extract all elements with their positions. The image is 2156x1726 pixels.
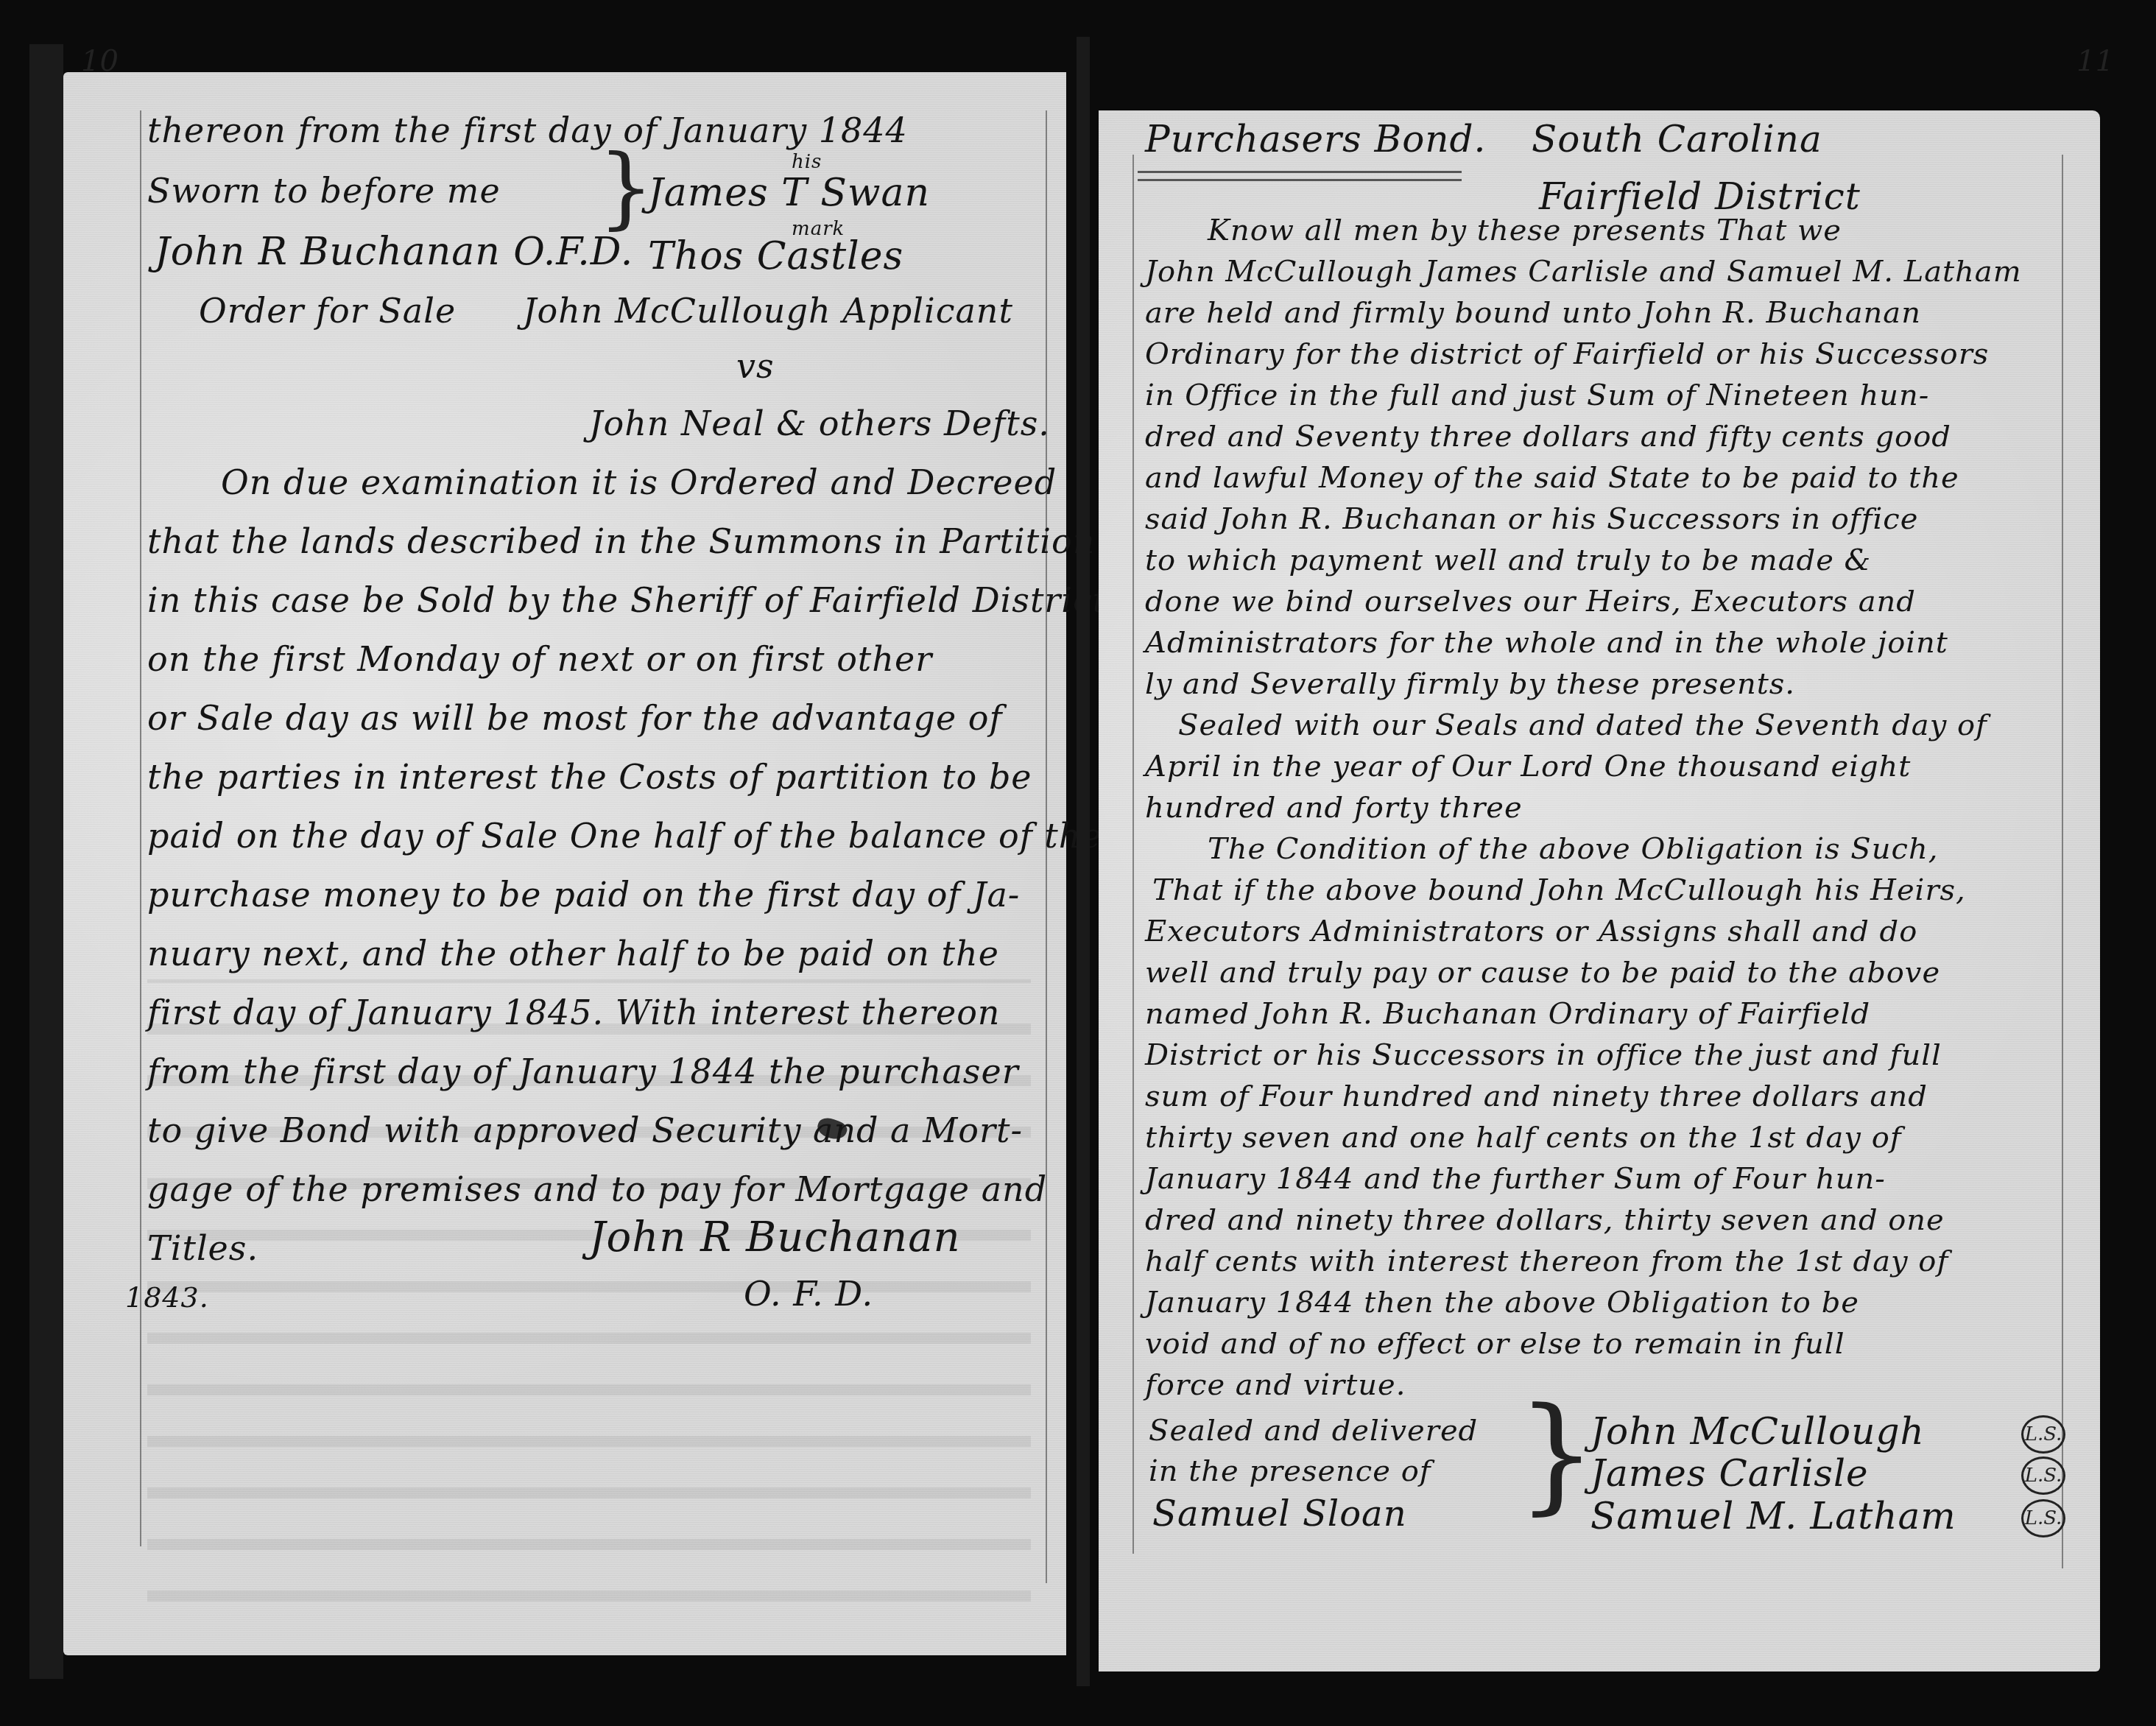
right-line: hundred and forty three [1145, 791, 1523, 825]
right-line: are held and firmly bound unto John R. B… [1145, 296, 1921, 330]
right-line: well and truly pay or cause to be paid t… [1145, 956, 1940, 990]
bond-signature: James Carlisle [1590, 1452, 1869, 1495]
bond-heading: Purchasers Bond. [1145, 118, 1486, 161]
left-line: from the first day of January 1844 the p… [147, 1052, 1019, 1091]
his-mark-label: his [792, 151, 822, 173]
right-line: April in the year of Our Lord One thousa… [1145, 750, 1911, 783]
right-line: ly and Severally firmly by these present… [1145, 667, 1795, 701]
left-line: On due examination it is Ordered and Dec… [221, 462, 1057, 502]
right-line: The Condition of the above Obligation is… [1208, 832, 1938, 866]
right-line-tail: half cents with interest thereon from th… [1145, 1244, 1948, 1278]
right-line: and lawful Money of the said State to be… [1145, 461, 1959, 495]
right-line: Ordinary for the district of Fairfield o… [1145, 337, 1989, 371]
left-line: that the lands described in the Summons … [147, 521, 1095, 561]
right-line: to which payment well and truly to be ma… [1145, 543, 1871, 577]
left-line: on the first Monday of next or on first … [147, 639, 932, 679]
right-line: thirty seven and one half cents on the 1… [1145, 1121, 1902, 1155]
right-line: That if the above bound John McCullough … [1152, 873, 1966, 907]
right-line-tail: void and of no effect or else to remain … [1145, 1327, 1845, 1361]
left-line: or Sale day as will be most for the adva… [147, 698, 1003, 738]
heading-underline [1138, 171, 1462, 181]
brace: } [598, 144, 654, 232]
right-line-tail: force and virtue. [1145, 1368, 1406, 1402]
right-line: Executors Administrators or Assigns shal… [1145, 915, 1917, 948]
right-line: sum of Four hundred and ninety three dol… [1145, 1079, 1928, 1113]
bond-signature: Samuel M. Latham [1590, 1495, 1956, 1537]
case-applicant: John McCullough Applicant [523, 291, 1013, 331]
left-line: in this case be Sold by the Sheriff of F… [147, 580, 1107, 620]
left-line: nuary next, and the other half to be pai… [147, 934, 999, 973]
seal-ls: L.S. [2021, 1456, 2065, 1495]
book-gutter [1077, 37, 1090, 1686]
ordinary-signature: John R Buchanan [589, 1214, 961, 1261]
left-line: paid on the day of Sale One half of the … [147, 816, 1102, 856]
left-line: Sworn to before me [147, 171, 501, 211]
district-name: Fairfield District [1539, 175, 1861, 218]
left-line: to give Bond with approved Security and … [147, 1110, 1023, 1150]
right-line-tail: dred and ninety three dollars, thirty se… [1145, 1203, 1945, 1237]
left-line: gage of the premises and to pay for Mort… [147, 1169, 1047, 1209]
left-line: thereon from the first day of January 18… [147, 110, 908, 150]
right-line: dred and Seventy three dollars and fifty… [1145, 420, 1951, 454]
signer-name: James T Swan [648, 171, 930, 215]
page-number-right: 11 [2076, 44, 2114, 78]
left-line: the parties in interest the Costs of par… [147, 757, 1032, 797]
seal-ls: L.S. [2021, 1499, 2065, 1537]
book-edge [29, 44, 63, 1679]
signer-name: Thos Castles [648, 234, 903, 278]
seal-ls: L.S. [2021, 1415, 2065, 1454]
year-note: 1843. [125, 1281, 209, 1314]
ordinary-title: O. F. D. [744, 1274, 873, 1314]
left-line: Titles. [147, 1228, 258, 1268]
right-page-right-rule [2062, 155, 2063, 1568]
right-line: District or his Successors in office the… [1145, 1038, 1942, 1072]
state-name: South Carolina [1532, 118, 1822, 161]
case-versus: vs [736, 346, 775, 386]
right-line: named John R. Buchanan Ordinary of Fairf… [1145, 997, 1870, 1031]
right-line: done we bind ourselves our Heirs, Execut… [1145, 585, 1916, 619]
right-line: January 1844 and the further Sum of Four… [1145, 1162, 1886, 1196]
page-number-left: 10 [81, 44, 119, 78]
right-line: said John R. Buchanan or his Successors … [1145, 502, 1918, 536]
right-line-tail: January 1844 then the above Obligation t… [1145, 1286, 1859, 1320]
left-line: purchase money to be paid on the first d… [147, 875, 1020, 915]
witness-line: Sealed and delivered [1149, 1414, 1478, 1448]
left-line: Order for Sale [199, 291, 456, 331]
bond-signature: John McCullough [1590, 1410, 1925, 1453]
left-line: first day of January 1845. With interest… [147, 993, 1000, 1032]
right-line: Sealed with our Seals and dated the Seve… [1178, 708, 1987, 742]
left-page-margin-rule [140, 110, 141, 1546]
witness-name: Samuel Sloan [1152, 1493, 1407, 1535]
brace: } [1517, 1392, 1596, 1517]
right-line: John McCullough James Carlisle and Samue… [1145, 255, 2022, 289]
witness-line: in the presence of [1149, 1454, 1431, 1488]
left-line: John R Buchanan O.F.D. [155, 230, 633, 274]
right-line: Administrators for the whole and in the … [1145, 626, 1948, 660]
right-page-margin-rule [1132, 155, 1134, 1554]
case-defendants: John Neal & others Defts. [589, 404, 1050, 443]
right-line: in Office in the full and just Sum of Ni… [1145, 378, 1929, 412]
right-line: Know all men by these presents That we [1208, 214, 1842, 247]
